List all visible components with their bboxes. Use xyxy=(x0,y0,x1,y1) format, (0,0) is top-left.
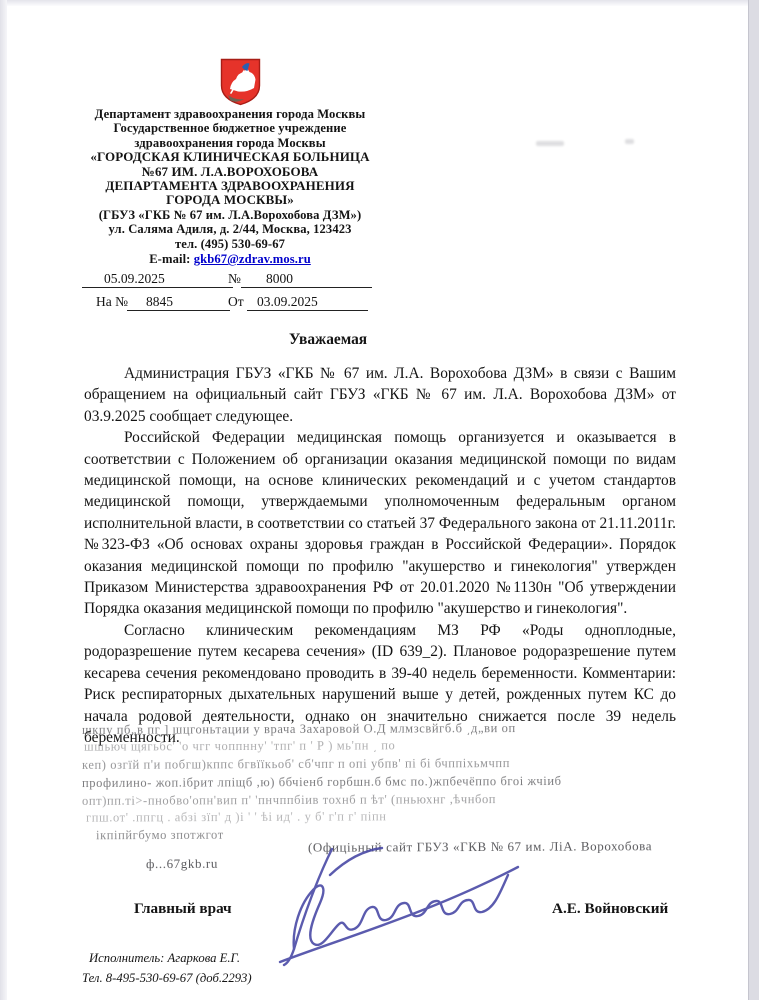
bleed-line: шкпу пб„в пг ] шцгоньтации у врача Захар… xyxy=(82,721,516,738)
outgoing-date-field: 05.09.2025 xyxy=(82,271,233,288)
signer-name: А.Е. Войновский xyxy=(552,900,668,918)
incoming-number-field: 8845 xyxy=(127,294,230,311)
hospital-name-line: №67 ИМ. Л.А.ВОРОХОБОВА xyxy=(72,165,388,179)
hospital-name-line: ГОРОДА МОСКВЫ» xyxy=(72,193,388,207)
hospital-address: ул. Саляма Адиля, д. 2/44, Москва, 12342… xyxy=(72,222,388,236)
hospital-name-line: «ГОРОДСКАЯ КЛИНИЧЕСКАЯ БОЛЬНИЦА xyxy=(72,150,388,164)
letter-body: Администрация ГБУЗ «ГКБ № 67 им. Л.А. Во… xyxy=(84,363,676,748)
scan-smudge xyxy=(536,141,564,146)
bleed-line: опт)пп.ті>-пнобво'опн'вип п' 'пнчппбіив … xyxy=(82,792,496,809)
paragraph: Российской Федерации медицинская помощь … xyxy=(84,427,676,620)
hospital-phone: тел. (495) 530-69-67 xyxy=(72,237,388,251)
scanned-letter-page: Департамент здравоохранения города Москв… xyxy=(0,0,759,1000)
bleed-url-fragment: ф...67gkb.ru xyxy=(146,856,218,872)
bleed-line: профилино- жоп.ібрит лпіщб ,ю) ббчіенб г… xyxy=(82,774,562,791)
letterhead-line: здравоохранения города Москвы xyxy=(72,136,388,150)
incoming-date-field: 03.09.2025 xyxy=(247,294,368,311)
email-link[interactable]: gkb67@zdrav.mos.ru xyxy=(194,252,311,266)
hospital-name-line: ДЕПАРТАМЕНТА ЗДРАВООХРАНЕНИЯ xyxy=(72,179,388,193)
outgoing-number-field: 8000 xyxy=(241,271,372,288)
salutation: Уважаемая xyxy=(289,331,367,349)
bleed-line: кеп) озгїй п'и побгш)кппс бгвїїкьоб' сб'… xyxy=(82,756,510,773)
bleed-line: ікпіпйгбумо зпотжгот xyxy=(96,828,224,844)
bleed-line: шшьюч щягьбс' 'о чгг чоппнну' 'тпг' п ' … xyxy=(84,738,395,754)
moscow-coat-of-arms-icon xyxy=(220,58,261,106)
letterhead-line: Департамент здравоохранения города Москв… xyxy=(72,107,388,121)
email-label: E-mail: xyxy=(149,252,190,266)
paragraph: Администрация ГБУЗ «ГКБ № 67 им. Л.А. Во… xyxy=(84,363,676,427)
scan-smudge xyxy=(625,139,634,144)
scan-edge-right xyxy=(748,0,759,1000)
hospital-short-name: (ГБУЗ «ГКБ № 67 им. Л.А.Ворохобова ДЗМ») xyxy=(72,208,388,222)
scan-edge-left xyxy=(0,0,7,1000)
email-row: E-mail: gkb67@zdrav.mos.ru xyxy=(72,252,388,266)
scan-edge-top xyxy=(0,0,759,6)
letterhead: Департамент здравоохранения города Москв… xyxy=(72,107,388,266)
executor-name: Исполнитель: Агаркова Е.Г. xyxy=(82,948,252,968)
letterhead-line: Государственное бюджетное учреждение xyxy=(72,121,388,135)
number-label: № xyxy=(228,271,241,287)
incoming-label: На № xyxy=(96,294,128,310)
executor-block: Исполнитель: Агаркова Е.Г. Тел. 8-495-53… xyxy=(82,948,252,988)
from-label: От xyxy=(228,294,244,310)
signer-position: Главный врач xyxy=(134,900,232,918)
bleed-line: гпш.от' .ппгц . абзі зїп' д )і ' ' ѣі ид… xyxy=(86,809,387,825)
executor-phone: Тел. 8-495-530-69-67 (доб.2293) xyxy=(82,968,252,988)
signature-ink xyxy=(270,845,528,967)
